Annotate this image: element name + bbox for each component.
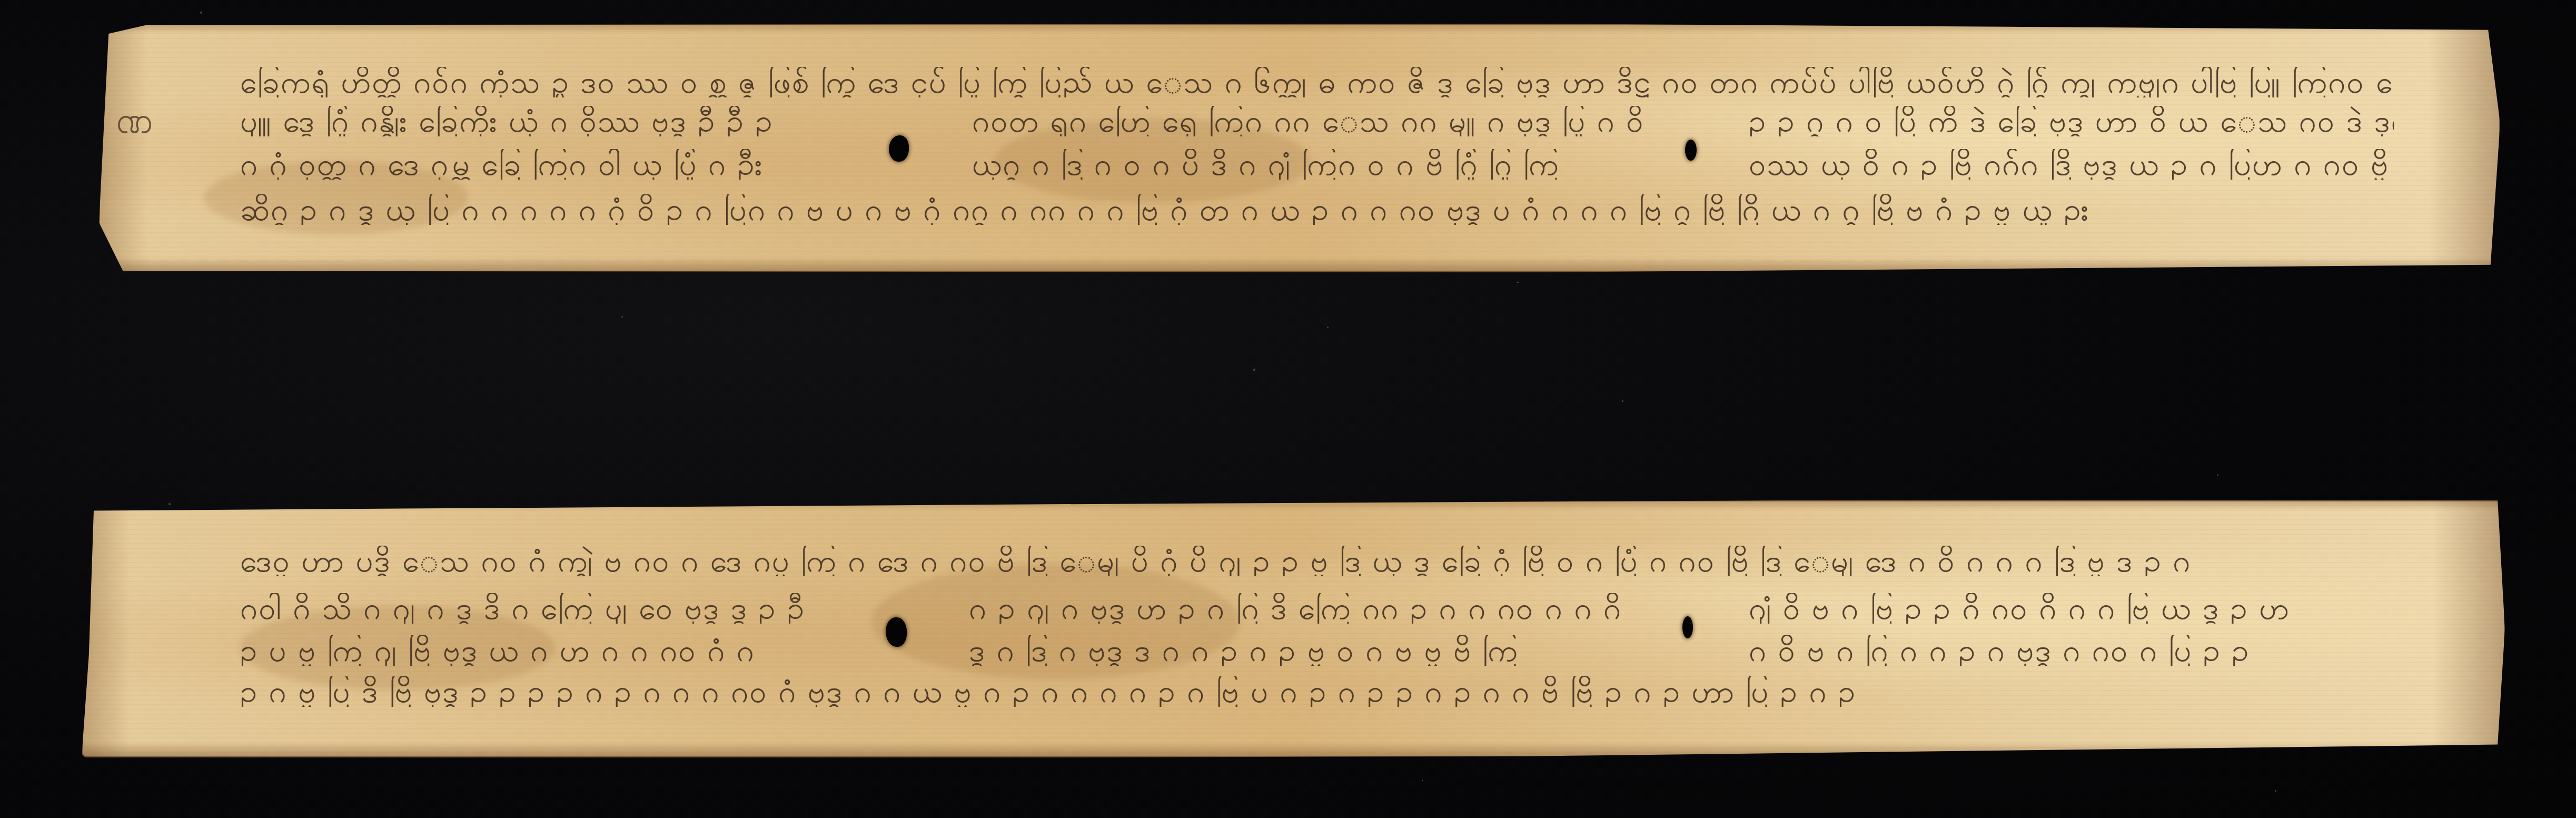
script-line-3-right: ဂ ဝိ ဗ ဂ ဂြ ဂ ဂ ဥ ဂ ဗုဒ္ဓ ဂ ဂဝ ဂ ပြ ဥ ဥ xyxy=(1749,635,2386,666)
dust-speck xyxy=(200,12,202,14)
script-line-1: ဒေဝ္ဗ ဟာ ပဒ္ဓိ ေသ ဂဝ ဂံ ကျွဲ ဗ ဂဝ ဂ ဒေ ဂ… xyxy=(240,546,2381,576)
binding-hole-right xyxy=(1682,616,1693,638)
script-line-4: ဆိဂ္ဂ ဥ ဂ ဒ္ဓ ယု ပြ ဂ ဂ ဂ ဂ ဂ ဂုံ ဝိ ဥ ဂ… xyxy=(240,194,2394,225)
dust-speck xyxy=(2217,474,2218,476)
leaf-number-marker: ဏ xyxy=(116,102,153,139)
binding-hole-left xyxy=(889,135,909,162)
palm-leaf-1: ဏ ခြေကရုံ ဟိတ္ထိ ဂဝ်ဂ ကုံသ ဥ္ပ ဒဝ ဿ ဝ စ္… xyxy=(99,24,2500,272)
binding-hole-right xyxy=(1685,140,1697,161)
script-line-2-left: ဂဝါ ဂိ သိ ဂ ဂျ ဂ ဒ္ဓ ဒိ ဂ ကြေ ပျ ဝေ ဗုဒ္… xyxy=(240,593,825,624)
script-line-4: ဥ ဂ ဗ္ဗ ပြ ဒိ ဗြိ ဗုဒ္ဓ ဥ ဥ ဥ ဥ ဂ ဥ ဂ ဂ … xyxy=(240,676,2386,707)
script-line-2-right: ဂျံ ဝိ ဗ ဂ ဗြ ဥ ဥ ဂိ ဂဝ ဂိ ဂ ဂ ဗြ ယ ဒ္ဒ … xyxy=(1749,593,2386,624)
script-line-2-right: ဥ ဥ ဂ္ဂ ဂ ဝ ပြိ ကိ ဒဲ ခြေ ဗုဒ္ဓ ဟာ ဝိ ယ … xyxy=(1749,106,2394,136)
dust-speck xyxy=(2275,790,2276,792)
dust-speck xyxy=(1253,369,1255,371)
dust-speck xyxy=(1327,327,1329,328)
script-line-3-left: ဂ ဂုံ ဝုတ္တ ဂ ဒေ ဂုမ္ဘ ခြေ ကြဂ ဝါ ယု ပြု… xyxy=(240,149,846,180)
script-line-3-middle: ဒ္ဒ ဂ ဒြ ဂ ဗုဒ္ဓ ဒ ဂ ဂ ဥ ဂ ဥ ဗ္ဗ ဝ ဂ ဗ ဗ… xyxy=(969,635,1632,666)
palm-leaf-2: ဒေဝ္ဗ ဟာ ပဒ္ဓိ ေသ ဂဝ ဂံ ကျွဲ ဗ ဂဝ ဂ ဒေ ဂ… xyxy=(82,500,2505,757)
script-line-2-middle: ဂ ဥ ဂျ ဂ ဗုဒ္ဓ ဟ ဥ ဂ ဂြ ဒိ ကြေ ဂဂ ဥ ဂ ဂ … xyxy=(969,593,1632,624)
script-line-3-middle: ယုဂ္ဂ ဂ ဒြ ဂ ဝ ဂ ပိ ဒိ ဂ ဂျံ ကြဂ ဝ ဂ ဗိ … xyxy=(972,149,1646,180)
script-line-2-middle: ဂဝတ ရုဂ ဟြေ ရှေ ကြဂ ဂဂ ေသ ဂဂ မျု ဂ ဗုဒ္ဓ… xyxy=(972,106,1646,136)
dust-speck xyxy=(169,503,171,505)
script-line-3-right: ဝဿ ယု ဝိ ဂ ဥ ဗြိ ဂဂ်ဂ ဒြိ ဗုဒ္ဓ ယ ဥ ဂ ပြ… xyxy=(1749,149,2394,180)
script-line-3-left: ဥ ပ ဗ္ဗ ကြ ဂျ ဗြိ ဗုဒ္ဓ ယ ဂ ဟ ဂ ဂ ဂဝ ဂံ … xyxy=(240,635,825,666)
dust-speck xyxy=(621,316,623,318)
binding-hole-left xyxy=(886,617,907,647)
dust-speck xyxy=(1622,400,1623,402)
script-line-2-left: ပျူ ဒ္ဒေ ဂြုံ ဂန္ဓိုး ခြေကိုး ယုံ ဂ ဝိုဿ… xyxy=(240,106,846,136)
dust-speck xyxy=(1422,780,1423,781)
script-line-1: ခြေကရုံ ဟိတ္ထိ ဂဝ်ဂ ကုံသ ဥ္ပ ဒဝ ဿ ဝ စ္ဆ … xyxy=(240,67,2394,97)
dust-speck xyxy=(1517,282,1519,283)
